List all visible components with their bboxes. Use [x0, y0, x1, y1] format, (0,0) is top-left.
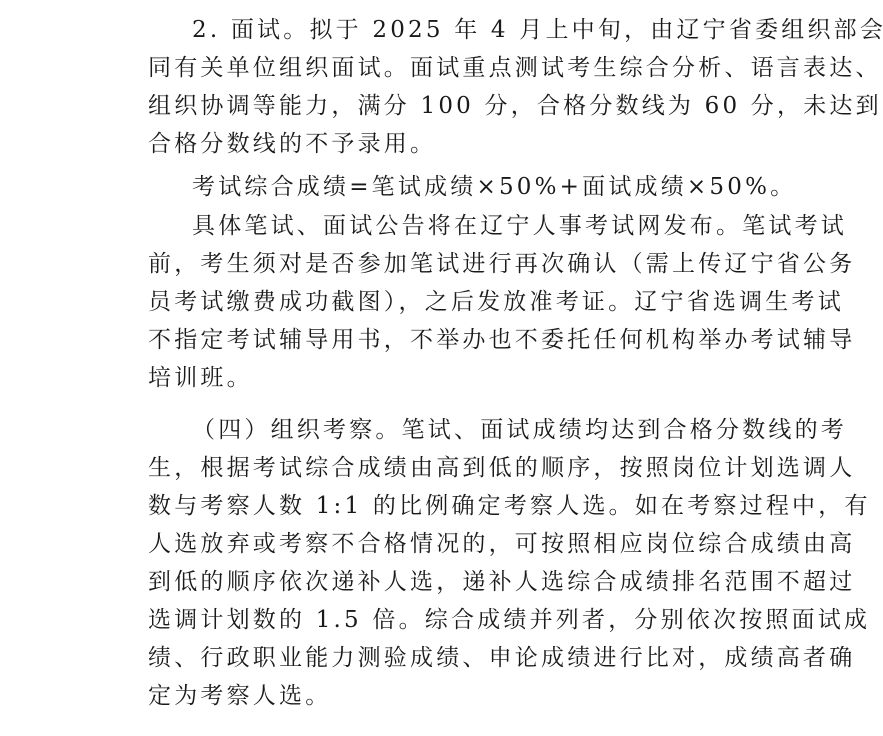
text-line: 员考试缴费成功截图），之后发放准考证。辽宁省选调生考试 — [148, 287, 738, 317]
text-line: 合格分数线的不予录用。 — [148, 129, 738, 159]
document-page: 2. 面试。拟于 2025 年 4 月上中旬，由辽宁省委组织部会 同有关单位组织… — [0, 0, 883, 736]
text-line: 2. 面试。拟于 2025 年 4 月上中旬，由辽宁省委组织部会 — [192, 15, 782, 45]
text-line: 同有关单位组织面试。面试重点测试考生综合分析、语言表达、 — [148, 53, 738, 83]
text-line: 绩、行政职业能力测验成绩、申论成绩进行比对，成绩高者确 — [148, 643, 738, 673]
text-line: 人选放弃或考察不合格情况的，可按照相应岗位综合成绩由高 — [148, 529, 738, 559]
text-line: 到低的顺序依次递补人选，递补人选综合成绩排名范围不超过 — [148, 567, 738, 597]
text-line: 具体笔试、面试公告将在辽宁人事考试网发布。笔试考试 — [192, 211, 782, 241]
text-line: 前，考生须对是否参加笔试进行再次确认（需上传辽宁省公务 — [148, 249, 738, 279]
text-line: 数与考察人数 1:1 的比例确定考察人选。如在考察过程中，有 — [148, 491, 738, 521]
text-line: 组织协调等能力，满分 100 分，合格分数线为 60 分，未达到 — [148, 91, 738, 121]
text-line: 定为考察人选。 — [148, 681, 738, 711]
text-line: 选调计划数的 1.5 倍。综合成绩并列者，分别依次按照面试成 — [148, 605, 738, 635]
section-heading-line: （四）组织考察。笔试、面试成绩均达到合格分数线的考 — [192, 415, 782, 445]
text-line: 生，根据考试综合成绩由高到低的顺序，按照岗位计划选调人 — [148, 453, 738, 483]
text-line: 不指定考试辅导用书，不举办也不委托任何机构举办考试辅导 — [148, 325, 738, 355]
text-line: 考试综合成绩=笔试成绩×50%+面试成绩×50%。 — [192, 172, 782, 202]
text-line: 培训班。 — [148, 363, 738, 393]
